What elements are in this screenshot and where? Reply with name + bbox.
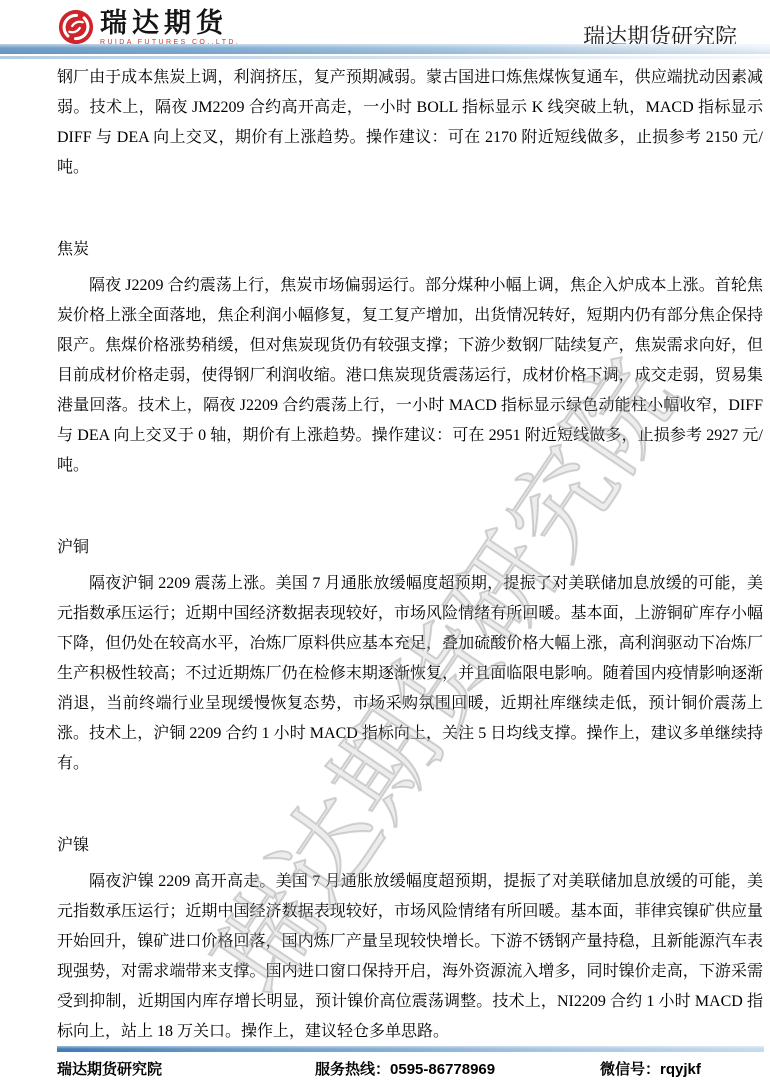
report-page: 瑞达期货 RUIDA FUTURES CO.,LTD. 瑞达期货研究院 钢厂由于… [0, 0, 770, 1089]
brand-name-cn: 瑞达期货 [100, 8, 240, 38]
logo-text-block: 瑞达期货 RUIDA FUTURES CO.,LTD. [100, 8, 240, 46]
footer-wechat-id: rqyjkf [660, 1061, 701, 1078]
footer-institute: 瑞达期货研究院 [57, 1059, 162, 1081]
header-divider-bar [0, 44, 770, 59]
page-footer: 瑞达期货研究院 服务热线：0595-86778969 微信号：rqyjkf [57, 1059, 764, 1081]
header-divider-bar-line [0, 56, 770, 59]
section-body-nickel: 隔夜沪镍 2209 高开高走。美国 7 月通胀放缓幅度超预期，提振了对美联储加息… [57, 867, 763, 1047]
section-heading-copper: 沪铜 [57, 533, 763, 563]
section-body-copper: 隔夜沪铜 2209 震荡上涨。美国 7 月通胀放缓幅度超预期，提振了对美联储加息… [57, 569, 763, 779]
intro-paragraph: 钢厂由于成本焦炭上调，利润挤压，复产预期减弱。蒙古国进口炼焦煤恢复通车，供应端扰… [57, 63, 763, 183]
footer-hotline-number: 0595-86778969 [390, 1061, 495, 1078]
section-heading-nickel: 沪镍 [57, 831, 763, 861]
footer-hotline: 服务热线：0595-86778969 [315, 1059, 495, 1081]
section-heading-coke: 焦炭 [57, 235, 763, 265]
footer-wechat-label: 微信号： [600, 1061, 660, 1078]
ruida-swirl-logo-icon [57, 8, 95, 46]
company-logo: 瑞达期货 RUIDA FUTURES CO.,LTD. [57, 8, 240, 46]
section-body-coke: 隔夜 J2209 合约震荡上行，焦炭市场偏弱运行。部分煤种小幅上调，焦企入炉成本… [57, 271, 763, 481]
header-divider-bar-main [0, 44, 770, 54]
report-body: 钢厂由于成本焦炭上调，利润挤压，复产预期减弱。蒙古国进口炼焦煤恢复通车，供应端扰… [57, 63, 763, 1047]
footer-wechat: 微信号：rqyjkf [600, 1059, 701, 1081]
footer-hotline-label: 服务热线： [315, 1061, 390, 1078]
